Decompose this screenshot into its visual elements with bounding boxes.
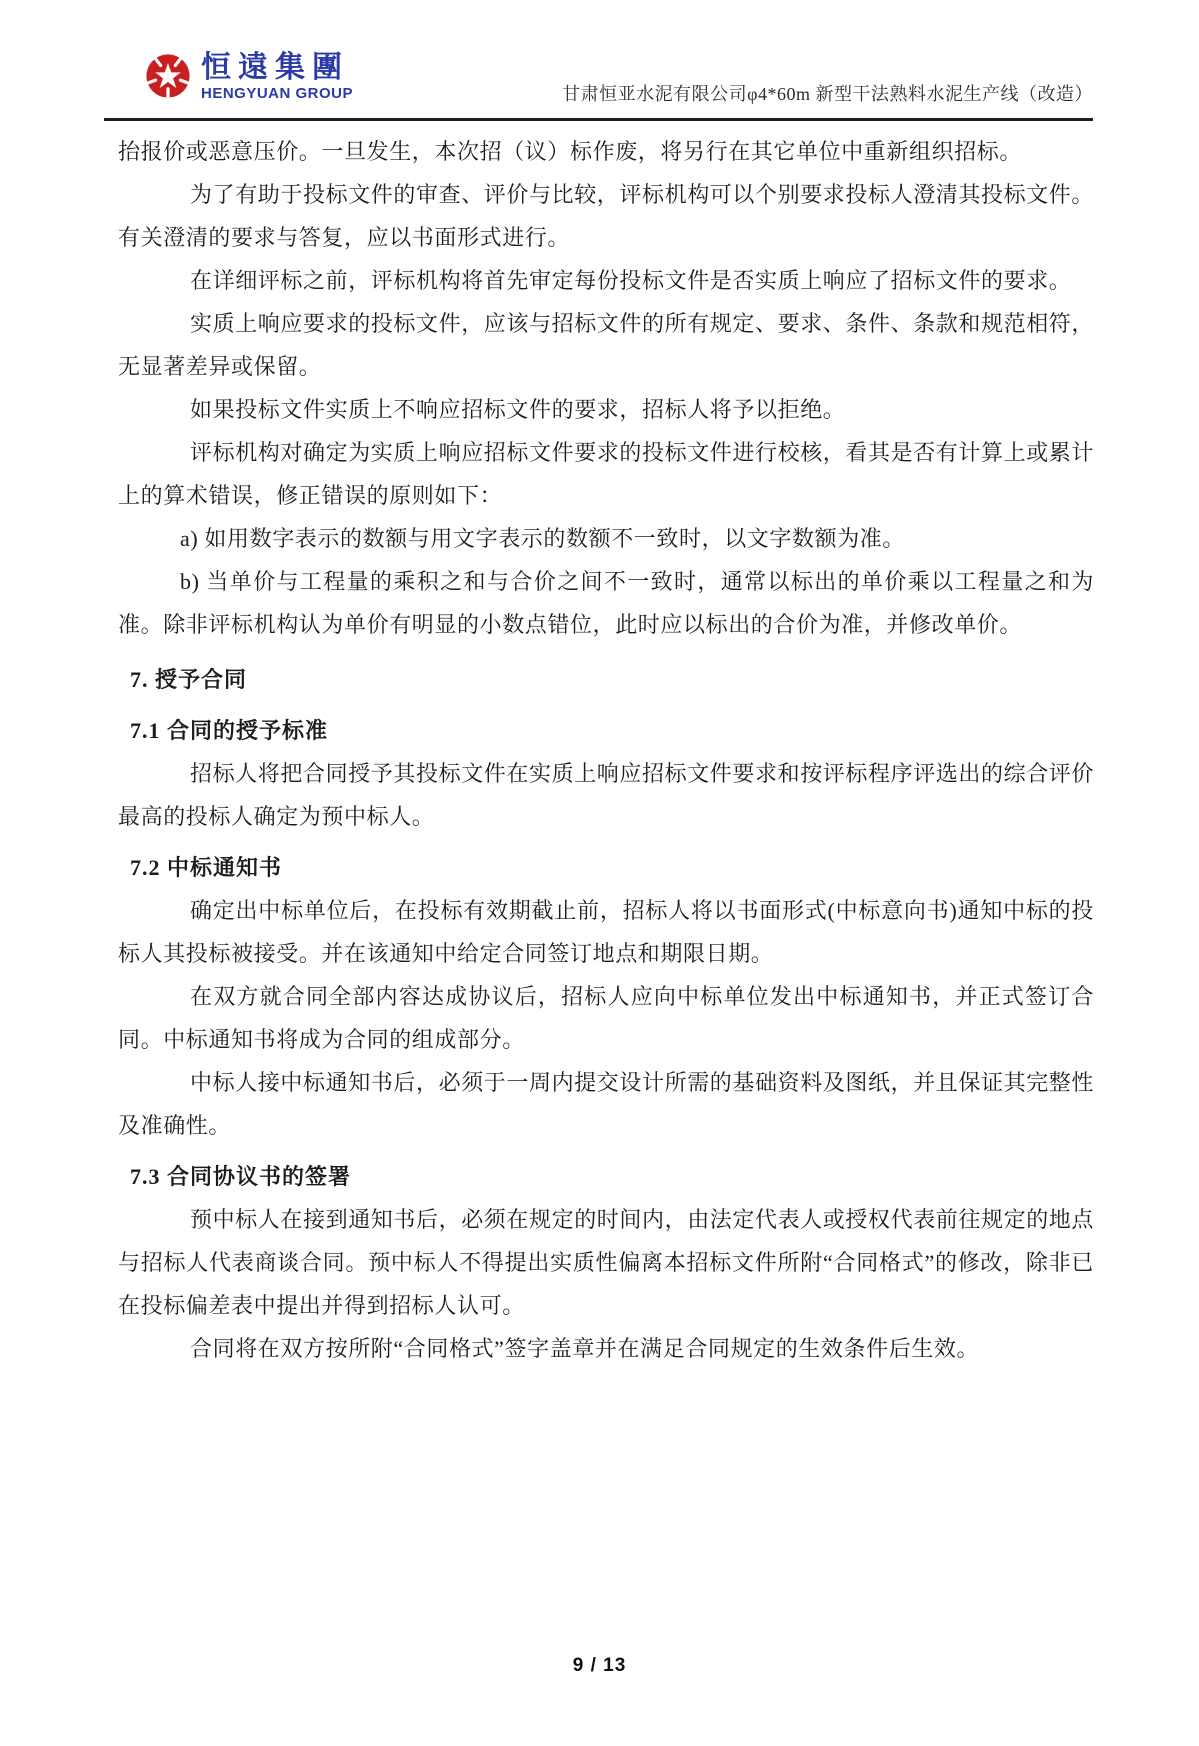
paragraph: 合同将在双方按所附“合同格式”签字盖章并在满足合同规定的生效条件后生效。 xyxy=(118,1327,1094,1370)
paragraph: a) 如用数字表示的数额与用文字表示的数额不一致时，以文字数额为准。 xyxy=(118,517,1094,560)
paragraph: 为了有助于投标文件的审查、评价与比较，评标机构可以个别要求投标人澄清其投标文件。… xyxy=(118,173,1094,259)
page-number: 9 / 13 xyxy=(573,1655,627,1676)
paragraph: 评标机构对确定为实质上响应招标文件要求的投标文件进行校核，看其是否有计算上或累计… xyxy=(118,431,1094,517)
paragraph: 中标人接中标通知书后，必须于一周内提交设计所需的基础资料及图纸，并且保证其完整性… xyxy=(118,1061,1094,1147)
company-logo: 恒遠集團 HENGYUAN GROUP xyxy=(145,52,353,101)
header-divider xyxy=(104,118,1093,121)
paragraph: 在详细评标之前，评标机构将首先审定每份投标文件是否实质上响应了招标文件的要求。 xyxy=(118,259,1094,302)
paragraph: 如果投标文件实质上不响应招标文件的要求，招标人将予以拒绝。 xyxy=(118,388,1094,431)
document-body: 抬报价或恶意压价。一旦发生，本次招（议）标作废，将另行在其它单位中重新组织招标。… xyxy=(118,124,1094,1370)
paragraph: 预中标人在接到通知书后，必须在规定的时间内，由法定代表人或授权代表前往规定的地点… xyxy=(118,1198,1094,1327)
section-heading: 7.3 合同协议书的签署 xyxy=(118,1155,1094,1198)
section-heading: 7. 授予合同 xyxy=(118,658,1094,701)
page-footer: 9 / 13 xyxy=(0,1655,1199,1677)
hengyuan-emblem-icon xyxy=(145,53,191,99)
logo-chinese-name: 恒遠集團 xyxy=(201,52,353,84)
page-header: 恒遠集團 HENGYUAN GROUP 甘肃恒亚水泥有限公司φ4*60m 新型干… xyxy=(0,0,1199,121)
section-heading: 7.2 中标通知书 xyxy=(118,846,1094,889)
section-heading: 7.1 合同的授予标准 xyxy=(118,709,1094,752)
logo-english-name: HENGYUAN GROUP xyxy=(201,86,353,101)
paragraph: 在双方就合同全部内容达成协议后，招标人应向中标单位发出中标通知书，并正式签订合同… xyxy=(118,975,1094,1061)
paragraph: 抬报价或恶意压价。一旦发生，本次招（议）标作废，将另行在其它单位中重新组织招标。 xyxy=(118,130,1094,173)
document-page: 恒遠集團 HENGYUAN GROUP 甘肃恒亚水泥有限公司φ4*60m 新型干… xyxy=(0,0,1199,1746)
paragraph: b) 当单价与工程量的乘积之和与合价之间不一致时，通常以标出的单价乘以工程量之和… xyxy=(118,560,1094,646)
logo-text: 恒遠集團 HENGYUAN GROUP xyxy=(201,52,353,101)
paragraph: 招标人将把合同授予其投标文件在实质上响应招标文件要求和按评标程序评选出的综合评价… xyxy=(118,752,1094,838)
paragraph: 实质上响应要求的投标文件，应该与招标文件的所有规定、要求、条件、条款和规范相符，… xyxy=(118,302,1094,388)
header-project-title: 甘肃恒亚水泥有限公司φ4*60m 新型干法熟料水泥生产线（改造） xyxy=(562,80,1093,106)
paragraph: 确定出中标单位后，在投标有效期截止前，招标人将以书面形式(中标意向书)通知中标的… xyxy=(118,889,1094,975)
